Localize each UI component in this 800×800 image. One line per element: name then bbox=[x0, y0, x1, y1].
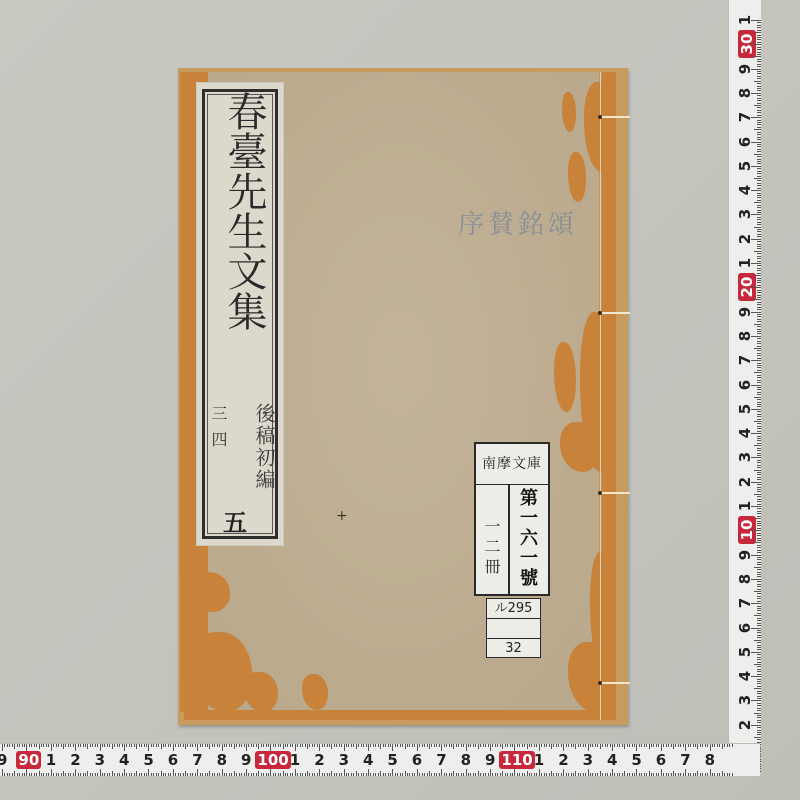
ruler-tick bbox=[161, 744, 162, 749]
ruler-tick bbox=[39, 771, 40, 776]
ruler-tick bbox=[754, 299, 761, 300]
ruler-tick bbox=[619, 744, 620, 747]
ruler-tick bbox=[571, 744, 572, 747]
ruler-tick bbox=[483, 773, 484, 776]
ruler-tick bbox=[563, 744, 564, 751]
binding-hole bbox=[598, 311, 602, 315]
ruler-tick bbox=[757, 122, 761, 123]
ruler-tick bbox=[358, 744, 359, 747]
ruler-tick bbox=[390, 744, 391, 747]
ruler-tick bbox=[173, 744, 174, 751]
ruler-number: 100 bbox=[255, 751, 290, 769]
ruler-number: 2 bbox=[70, 751, 80, 769]
ruler-tick bbox=[492, 744, 493, 747]
ruler-tick bbox=[757, 411, 761, 412]
ruler-tick bbox=[757, 436, 761, 437]
ruler-tick bbox=[757, 112, 761, 113]
ruler-tick bbox=[236, 744, 237, 747]
ruler-tick bbox=[63, 744, 64, 749]
ruler-tick bbox=[348, 744, 349, 747]
ruler-tick bbox=[754, 154, 761, 155]
ruler-tick bbox=[70, 744, 71, 747]
ruler-tick bbox=[495, 744, 496, 747]
ruler-tick bbox=[546, 773, 547, 776]
ruler-tick bbox=[419, 744, 420, 747]
ruler-tick bbox=[605, 744, 606, 747]
ruler-tick bbox=[644, 744, 645, 747]
ruler-tick bbox=[558, 773, 559, 776]
ruler-tick bbox=[65, 744, 66, 747]
ruler-tick bbox=[317, 773, 318, 776]
ruler-tick bbox=[419, 773, 420, 776]
ruler-number: 2 bbox=[558, 751, 568, 769]
ruler-tick bbox=[671, 773, 672, 776]
ruler-tick bbox=[224, 773, 225, 776]
ruler-tick bbox=[290, 744, 291, 747]
ruler-tick bbox=[163, 744, 164, 747]
ruler-tick bbox=[757, 404, 761, 405]
ruler-tick bbox=[695, 744, 696, 747]
ruler-tick bbox=[514, 769, 515, 776]
ruler-tick bbox=[446, 744, 447, 747]
ruler-tick bbox=[754, 324, 761, 325]
ruler-tick bbox=[273, 773, 274, 776]
ruler-tick bbox=[757, 316, 761, 317]
ruler-tick bbox=[757, 173, 761, 174]
ruler-tick bbox=[136, 771, 137, 776]
ruler-tick bbox=[702, 773, 703, 776]
ruler-tick bbox=[757, 331, 761, 332]
ruler-tick bbox=[239, 773, 240, 776]
ruler-tick bbox=[68, 744, 69, 747]
ruler-tick bbox=[597, 744, 598, 747]
ruler-tick bbox=[719, 744, 720, 747]
ruler-tick bbox=[590, 744, 591, 747]
ruler-tick bbox=[4, 773, 5, 776]
ruler-tick bbox=[757, 472, 761, 473]
ruler-tick bbox=[751, 506, 761, 507]
ruler-tick bbox=[757, 54, 761, 55]
ruler-tick bbox=[507, 773, 508, 776]
ruler-tick bbox=[490, 744, 491, 751]
ruler-tick bbox=[244, 744, 245, 747]
ruler-tick bbox=[485, 744, 486, 747]
ruler-tick bbox=[757, 722, 761, 723]
ruler-tick bbox=[714, 744, 715, 747]
ruler-tick bbox=[41, 744, 42, 747]
ruler-tick bbox=[441, 744, 442, 751]
ruler-tick bbox=[114, 773, 115, 776]
ruler-tick bbox=[517, 773, 518, 776]
ruler-tick bbox=[757, 717, 761, 718]
ruler-tick bbox=[690, 773, 691, 776]
ruler-tick bbox=[348, 773, 349, 776]
ruler-tick bbox=[153, 744, 154, 747]
ruler-tick bbox=[427, 773, 428, 776]
ruler-tick bbox=[754, 591, 761, 592]
ruler-tick bbox=[312, 773, 313, 776]
ruler-tick bbox=[754, 105, 761, 106]
ruler-tick bbox=[717, 744, 718, 747]
ruler-tick bbox=[536, 773, 537, 776]
ruler-tick bbox=[307, 744, 308, 749]
ruler-tick bbox=[757, 394, 761, 395]
ruler-tick bbox=[363, 773, 364, 776]
ruler-tick bbox=[392, 769, 393, 776]
ruler-tick bbox=[292, 773, 293, 776]
ruler-tick bbox=[757, 292, 761, 293]
ruler-tick bbox=[458, 773, 459, 776]
ruler-tick bbox=[757, 47, 761, 48]
ruler-tick bbox=[373, 744, 374, 747]
ruler-tick bbox=[757, 659, 761, 660]
ruler-tick bbox=[536, 744, 537, 747]
ruler-tick bbox=[144, 773, 145, 776]
ruler-tick bbox=[356, 771, 357, 776]
ruler-tick bbox=[707, 744, 708, 747]
ruler-tick bbox=[754, 81, 761, 82]
ruler-tick bbox=[36, 744, 37, 747]
ruler-tick bbox=[757, 212, 761, 213]
ruler-tick bbox=[534, 744, 535, 747]
ruler-tick bbox=[757, 625, 761, 626]
ruler-tick bbox=[610, 744, 611, 747]
ruler-tick bbox=[757, 185, 761, 186]
ruler-tick bbox=[63, 771, 64, 776]
ruler-tick bbox=[751, 700, 761, 701]
ruler-tick bbox=[266, 744, 267, 747]
ruler-tick bbox=[346, 744, 347, 747]
ruler-tick bbox=[134, 744, 135, 747]
ruler-tick bbox=[757, 139, 761, 140]
ruler-tick bbox=[190, 744, 191, 747]
ruler-tick bbox=[83, 744, 84, 747]
ruler-tick bbox=[26, 744, 27, 751]
ruler-tick bbox=[757, 30, 761, 31]
ruler-tick bbox=[757, 258, 761, 259]
ruler-tick bbox=[300, 773, 301, 776]
ruler-number: 7 bbox=[680, 751, 690, 769]
ruler-tick bbox=[178, 744, 179, 747]
ruler-tick bbox=[757, 367, 761, 368]
ruler-tick bbox=[161, 771, 162, 776]
ruler-tick bbox=[100, 744, 101, 751]
ruler-tick bbox=[757, 453, 761, 454]
ruler-tick bbox=[757, 365, 761, 366]
ruler-tick bbox=[583, 744, 584, 747]
ruler-tick bbox=[757, 25, 761, 26]
ruler-tick bbox=[757, 547, 761, 548]
ruler-number: 6 bbox=[656, 751, 666, 769]
ruler-tick bbox=[287, 773, 288, 776]
ruler-tick bbox=[95, 744, 96, 747]
ruler-tick bbox=[378, 773, 379, 776]
ruler-tick bbox=[319, 769, 320, 776]
ruler-tick bbox=[757, 440, 761, 441]
ruler-tick bbox=[12, 773, 13, 776]
ruler-tick bbox=[544, 744, 545, 747]
ruler-tick bbox=[539, 744, 540, 751]
ruler-tick bbox=[612, 769, 613, 776]
ruler-tick bbox=[17, 773, 18, 776]
ruler-tick bbox=[390, 773, 391, 776]
ruler-tick bbox=[444, 773, 445, 776]
ruler-tick bbox=[24, 773, 25, 776]
ruler-tick bbox=[241, 744, 242, 747]
ruler-tick bbox=[549, 773, 550, 776]
ruler-tick bbox=[580, 744, 581, 747]
ruler-tick bbox=[757, 732, 761, 733]
ruler-tick bbox=[519, 744, 520, 747]
ruler-tick bbox=[757, 632, 761, 633]
ruler-tick bbox=[751, 336, 761, 337]
ruler-tick bbox=[180, 773, 181, 776]
ruler-tick bbox=[514, 744, 515, 751]
ruler-tick bbox=[126, 744, 127, 747]
ruler-tick bbox=[14, 744, 15, 749]
vertical-ruler: 1309876543212098765432110987654321 bbox=[728, 0, 761, 745]
ruler-tick bbox=[661, 744, 662, 751]
ruler-tick bbox=[757, 521, 761, 522]
ruler-tick bbox=[529, 773, 530, 776]
ruler-tick bbox=[524, 773, 525, 776]
ruler-tick bbox=[229, 773, 230, 776]
ruler-tick bbox=[334, 744, 335, 747]
ruler-tick bbox=[104, 773, 105, 776]
ruler-tick bbox=[597, 773, 598, 776]
ruler-tick bbox=[117, 744, 118, 747]
ruler-tick bbox=[757, 248, 761, 249]
ruler-tick bbox=[757, 297, 761, 298]
ruler-tick bbox=[578, 773, 579, 776]
ruler-tick bbox=[751, 69, 761, 70]
ruler-tick bbox=[757, 120, 761, 121]
ruler-tick bbox=[649, 744, 650, 749]
binding-hole bbox=[598, 681, 602, 685]
ruler-tick bbox=[331, 744, 332, 749]
ruler-tick bbox=[757, 193, 761, 194]
ruler-tick bbox=[480, 744, 481, 747]
current-volume: 五 bbox=[223, 503, 247, 538]
ruler-tick bbox=[109, 744, 110, 747]
ruler-tick bbox=[375, 744, 376, 747]
ruler-tick bbox=[270, 769, 271, 776]
ruler-tick bbox=[280, 773, 281, 776]
ruler-tick bbox=[573, 744, 574, 747]
ruler-tick bbox=[87, 771, 88, 776]
ruler-tick bbox=[757, 341, 761, 342]
ruler-tick bbox=[757, 273, 761, 274]
ruler-tick bbox=[751, 93, 761, 94]
ruler-tick bbox=[614, 744, 615, 747]
ruler-number: 3 bbox=[95, 751, 105, 769]
ruler-tick bbox=[757, 205, 761, 206]
ruler-tick bbox=[107, 773, 108, 776]
ruler-tick bbox=[305, 773, 306, 776]
ruler-tick bbox=[658, 773, 659, 776]
ruler-tick bbox=[168, 773, 169, 776]
ruler-tick bbox=[302, 744, 303, 747]
ruler-tick bbox=[757, 562, 761, 563]
ruler-tick bbox=[757, 127, 761, 128]
ruler-tick bbox=[757, 355, 761, 356]
ruler-tick bbox=[757, 423, 761, 424]
ruler-tick bbox=[424, 744, 425, 747]
ruler-tick bbox=[356, 744, 357, 749]
ruler-tick bbox=[757, 59, 761, 60]
ruler-number: 4 bbox=[119, 751, 129, 769]
ruler-tick bbox=[592, 744, 593, 747]
ruler-tick bbox=[757, 163, 761, 164]
ruler-number: 5 bbox=[143, 751, 153, 769]
ruler-tick bbox=[7, 744, 8, 747]
binding-hole bbox=[598, 491, 602, 495]
ruler-tick bbox=[700, 744, 701, 747]
ruler-tick bbox=[226, 744, 227, 747]
ruler-tick bbox=[693, 773, 694, 776]
ruler-tick bbox=[751, 603, 761, 604]
ruler-tick bbox=[757, 669, 761, 670]
ruler-tick bbox=[229, 744, 230, 747]
ruler-tick bbox=[436, 744, 437, 747]
horizontal-ruler: 99012345678910012345678911012345678 bbox=[0, 743, 760, 776]
title-label: 春臺先生文集 後稿初編 三四 五 bbox=[196, 82, 284, 546]
call-number-row: 32 bbox=[487, 639, 540, 658]
ruler-tick bbox=[622, 773, 623, 776]
ruler-tick bbox=[607, 744, 608, 747]
ruler-tick bbox=[395, 773, 396, 776]
binding-stitch bbox=[600, 116, 630, 118]
ruler-tick bbox=[456, 744, 457, 747]
ruler-tick bbox=[757, 253, 761, 254]
stain bbox=[554, 342, 576, 412]
ruler-tick bbox=[757, 489, 761, 490]
ruler-tick bbox=[757, 100, 761, 101]
ruler-tick bbox=[248, 773, 249, 776]
ruler-tick bbox=[754, 56, 761, 57]
ruler-tick bbox=[497, 773, 498, 776]
ruler-tick bbox=[556, 773, 557, 776]
ruler-tick bbox=[100, 769, 101, 776]
ruler-tick bbox=[549, 744, 550, 747]
ruler-tick bbox=[757, 380, 761, 381]
catalog-number: 第一六一號 bbox=[514, 488, 540, 588]
ruler-tick bbox=[524, 744, 525, 747]
ruler-tick bbox=[607, 773, 608, 776]
ruler-tick bbox=[192, 773, 193, 776]
ruler-tick bbox=[757, 302, 761, 303]
ruler-tick bbox=[368, 744, 369, 751]
ruler-number: 5 bbox=[631, 751, 641, 769]
ruler-tick bbox=[141, 773, 142, 776]
ruler-tick bbox=[602, 744, 603, 747]
ruler-tick bbox=[697, 771, 698, 776]
ruler-tick bbox=[757, 460, 761, 461]
ruler-tick bbox=[336, 773, 337, 776]
ruler-tick bbox=[612, 744, 613, 751]
ruler-tick bbox=[273, 744, 274, 747]
ruler-tick bbox=[757, 64, 761, 65]
ruler-tick bbox=[757, 569, 761, 570]
ruler-tick bbox=[531, 773, 532, 776]
ruler-tick bbox=[470, 744, 471, 747]
ruler-tick bbox=[534, 773, 535, 776]
ruler-tick bbox=[757, 231, 761, 232]
ruler-tick bbox=[754, 251, 761, 252]
ruler-tick bbox=[757, 90, 761, 91]
ruler-tick bbox=[757, 234, 761, 235]
ruler-tick bbox=[207, 744, 208, 747]
call-number-row bbox=[487, 619, 540, 639]
ruler-tick bbox=[395, 744, 396, 747]
ruler-tick bbox=[617, 744, 618, 747]
ruler-tick bbox=[757, 176, 761, 177]
ruler-tick bbox=[757, 171, 761, 172]
ruler-tick bbox=[195, 744, 196, 747]
ruler-tick bbox=[754, 494, 761, 495]
ruler-tick bbox=[700, 773, 701, 776]
ruler-tick bbox=[87, 744, 88, 749]
ruler-tick bbox=[48, 773, 49, 776]
ruler-tick bbox=[751, 214, 761, 215]
ruler-tick bbox=[475, 773, 476, 776]
ruler-tick bbox=[757, 88, 761, 89]
ruler-tick bbox=[170, 773, 171, 776]
ruler-tick bbox=[757, 144, 761, 145]
ruler-tick bbox=[285, 744, 286, 747]
ruler-tick bbox=[375, 773, 376, 776]
ruler-tick bbox=[754, 129, 761, 130]
ruler-tick bbox=[757, 674, 761, 675]
ruler-tick bbox=[205, 773, 206, 776]
ruler-tick bbox=[757, 124, 761, 125]
ruler-tick bbox=[751, 166, 761, 167]
ruler-tick bbox=[270, 744, 271, 751]
ruler-tick bbox=[65, 773, 66, 776]
ruler-number: 110 bbox=[499, 751, 534, 769]
ruler-tick bbox=[757, 477, 761, 478]
ruler-tick bbox=[400, 744, 401, 747]
ruler-tick bbox=[757, 681, 761, 682]
ruler-tick bbox=[468, 773, 469, 776]
ruler-tick bbox=[754, 713, 761, 714]
ruler-tick bbox=[751, 44, 761, 45]
ruler-tick bbox=[151, 773, 152, 776]
ruler-tick bbox=[757, 431, 761, 432]
ruler-tick bbox=[458, 744, 459, 747]
ruler-tick bbox=[757, 576, 761, 577]
ruler-tick bbox=[405, 771, 406, 776]
ruler-tick bbox=[214, 744, 215, 747]
ruler-tick bbox=[424, 773, 425, 776]
ruler-tick bbox=[24, 744, 25, 747]
ruler-tick bbox=[757, 642, 761, 643]
ruler-tick bbox=[636, 744, 637, 751]
ruler-tick bbox=[51, 744, 52, 751]
ruler-tick bbox=[757, 402, 761, 403]
ruler-tick bbox=[351, 773, 352, 776]
ruler-tick bbox=[322, 773, 323, 776]
ruler-tick bbox=[378, 744, 379, 747]
ruler-tick bbox=[485, 773, 486, 776]
ruler-tick bbox=[48, 744, 49, 747]
ruler-number: 8 bbox=[217, 751, 227, 769]
book-subtitle: 後稿初編 bbox=[253, 403, 275, 491]
ruler-tick bbox=[678, 773, 679, 776]
ruler-tick bbox=[68, 773, 69, 776]
ruler-tick bbox=[714, 773, 715, 776]
ruler-tick bbox=[653, 744, 654, 747]
